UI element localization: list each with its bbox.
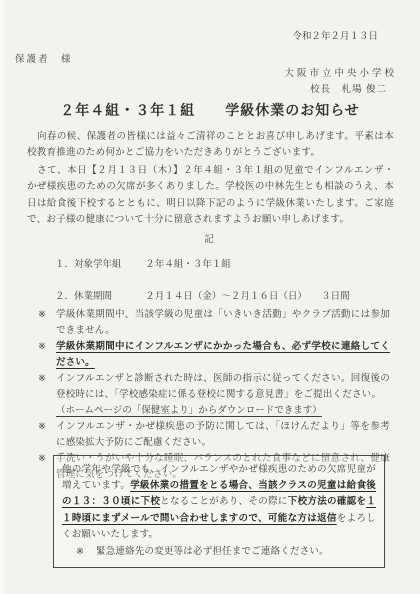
note-download-hint: （ホームページの「保健室より」からダウンロードできます） [56,403,390,419]
note-marker: ※ [38,419,56,451]
document-date: 令和２年２月１３日 [292,28,378,42]
note-text: 学級休業期間中にインフルエンザにかかった場合も、必ず学校に連絡してください。 [56,339,390,371]
note-item-activities: ※ 学級休業期間中、当該学級の児童は「いきいき活動」やクラブ活動には参加できませ… [38,307,390,339]
note-text: 学級休業期間中、当該学級の児童は「いきいき活動」やクラブ活動には参加できません。 [56,307,390,339]
main-paragraph: さて、本日【２月１３日（木）】２年４組・３年１組の児童でインフルエンザ・かぜ様疾… [27,163,394,228]
principal-name: 校長 札場 俊二 [310,81,387,95]
greeting-paragraph: 向春の候、保護者の皆様には益々ご清祥のこととお喜び申しあげます。平素は本校教育推… [27,129,394,162]
footnote-text: 緊急連絡先の変更等は必ず担任までご連絡ください。 [96,544,329,560]
notice-box-paragraph: 他の学年や学級でも、インフルエンザやかぜ様疾患のための欠席児童が増えています。学… [62,462,376,543]
note-text: インフルエンザと診断された時は、医師の指示に従ってください。回復後の登校時には、… [56,371,390,403]
detail-target-classes: １．対象学年組 ２年４組・３年１組 [55,256,400,270]
note-marker: ※ [76,544,96,560]
note-marker: ※ [38,371,56,403]
note-item-diagnosis: ※ インフルエンザと診断された時は、医師の指示に従ってください。回復後の登校時に… [38,371,390,403]
detail-value: ２年４組・３年１組 [145,256,231,270]
text-segment: 下校方法の確認を [288,496,367,507]
detail-label: １．対象学年組 [55,256,143,270]
school-name: 大阪市立中央小学校 [284,65,397,79]
scanned-notice-page: 令和２年２月１３日 保護者 様 大阪市立中央小学校 校長 札場 俊二 ２年４組・… [0,0,420,594]
text-segment: となることがあり、その際に [160,497,288,507]
note-item-contact-school: ※ 学級休業期間中にインフルエンザにかかった場合も、必ず学校に連絡してください。 [38,339,390,371]
recipient-line: 保護者 様 [15,51,73,65]
note-text: インフルエンザ・かぜ様疾患の予防に関しては、「ほけんだより」等を参考に感染拡大予… [56,419,390,451]
notice-box-footnote: ※ 緊急連絡先の変更等は必ず担任までご連絡ください。 [62,544,376,560]
detail-label: ２．休業期間 [55,288,143,302]
note-marker: ※ [38,307,56,339]
note-item-prevention: ※ インフルエンザ・かぜ様疾患の予防に関しては、「ほけんだより」等を参考に感染拡… [38,419,390,451]
detail-closure-period: ２．休業期間 ２月１４日（金）〜２月１６日（日） ３日間 [55,288,400,302]
record-mark: 記 [0,231,420,245]
detail-value: ２月１４日（金）〜２月１６日（日） ３日間 [145,288,349,302]
emergency-notice-box: 他の学年や学級でも、インフルエンザやかぜ様疾患のための欠席児童が増えています。学… [53,455,385,568]
note-marker: ※ [38,339,56,371]
page-title: ２年４組・３年１組 学級休業のお知らせ [0,100,420,120]
